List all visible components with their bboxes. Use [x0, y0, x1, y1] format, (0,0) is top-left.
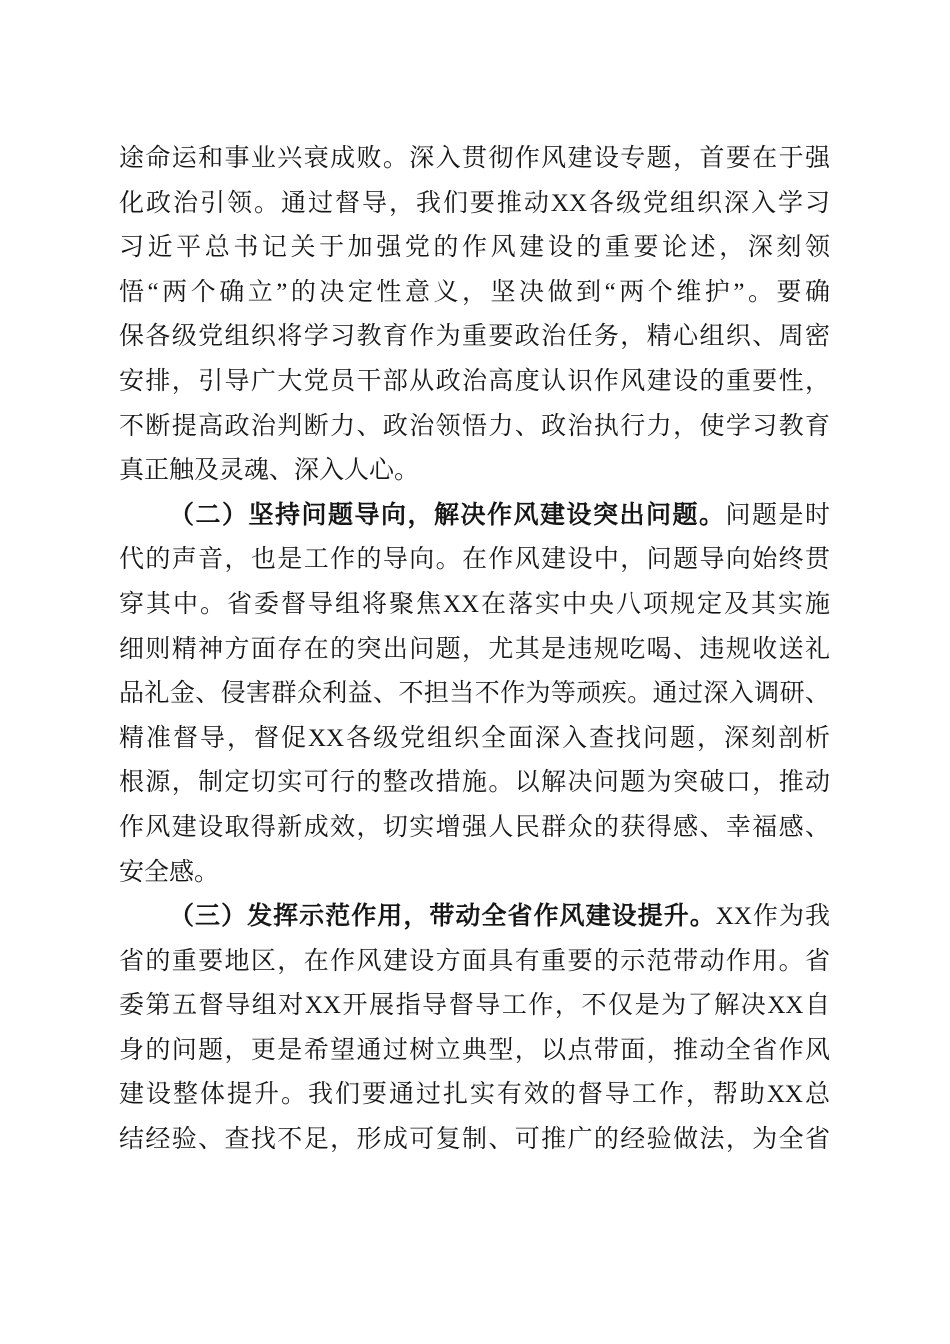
text-line: 化政治引领。通过督导，我们要推动XX各级党组织深入学习	[119, 182, 830, 227]
document-page: 途命运和事业兴衰成败。深入贯彻作风建设专题，首要在于强化政治引领。通过督导，我们…	[0, 0, 950, 1344]
body-text: 建设整体提升。我们要通过扎实有效的督导工作，帮助XX总	[119, 1081, 830, 1108]
body-text: 根源，制定切实可行的整改措施。以解决问题为突破口，推动	[119, 769, 830, 796]
text-line: 安排，引导广大党员干部从政治高度认识作风建设的重要性，	[119, 360, 830, 405]
body-text: 安排，引导广大党员干部从政治高度认识作风建设的重要性，	[119, 368, 830, 395]
body-text: 精准督导，督促XX各级党组织全面深入查找问题，深刻剖析	[119, 725, 830, 752]
text-line: 根源，制定切实可行的整改措施。以解决问题为突破口，推动	[119, 761, 830, 806]
text-line: 建设整体提升。我们要通过扎实有效的督导工作，帮助XX总	[119, 1073, 830, 1118]
body-text: XX作为我	[716, 903, 830, 930]
text-line: 作风建设取得新成效，切实增强人民群众的获得感、幸福感、	[119, 806, 830, 851]
text-line: 保各级党组织将学习教育作为重要政治任务，精心组织、周密	[119, 315, 830, 360]
body-text: 身的问题，更是希望通过树立典型，以点带面，推动全省作风	[119, 1037, 830, 1064]
body-text: 问题是时	[725, 502, 830, 529]
text-line: 细则精神方面存在的突出问题，尤其是违规吃喝、违规收送礼	[119, 628, 830, 673]
text-line: 委第五督导组对XX开展指导督导工作，不仅是为了解决XX自	[119, 984, 830, 1029]
text-line: 品礼金、侵害群众利益、不担当不作为等顽疾。通过深入调研、	[119, 672, 830, 717]
body-text: 真正触及灵魂、深入人心。	[119, 457, 419, 484]
section-heading: （三）发挥示范作用，带动全省作风建设提升。	[169, 903, 716, 930]
text-line: 身的问题，更是希望通过树立典型，以点带面，推动全省作风	[119, 1029, 830, 1074]
body-text: 悟“两个确立”的决定性意义，坚决做到“两个维护”。要确	[119, 279, 830, 306]
body-text: 细则精神方面存在的突出问题，尤其是违规吃喝、违规收送礼	[119, 636, 830, 663]
body-text: 安全感。	[119, 859, 219, 886]
text-line: 代的声音，也是工作的导向。在作风建设中，问题导向始终贯	[119, 538, 830, 583]
body-text: 委第五督导组对XX开展指导督导工作，不仅是为了解决XX自	[119, 992, 830, 1019]
section-heading: （二）坚持问题导向，解决作风建设突出问题。	[169, 502, 725, 529]
body-text: 穿其中。省委督导组将聚焦XX在落实中央八项规定及其实施	[119, 591, 830, 618]
text-line: 真正触及灵魂、深入人心。	[119, 449, 830, 494]
body-text: 途命运和事业兴衰成败。深入贯彻作风建设专题，首要在于强	[119, 145, 830, 172]
body-text: 结经验、查找不足，形成可复制、可推广的经验做法，为全省	[119, 1126, 830, 1153]
text-line: 结经验、查找不足，形成可复制、可推广的经验做法，为全省	[119, 1118, 830, 1163]
body-text: 作风建设取得新成效，切实增强人民群众的获得感、幸福感、	[119, 814, 830, 841]
body-text: 代的声音，也是工作的导向。在作风建设中，问题导向始终贯	[119, 546, 830, 573]
body-text: 化政治引领。通过督导，我们要推动XX各级党组织深入学习	[119, 190, 830, 217]
text-line: 不断提高政治判断力、政治领悟力、政治执行力，使学习教育	[119, 405, 830, 450]
section-heading-line: （二）坚持问题导向，解决作风建设突出问题。问题是时	[119, 494, 830, 539]
body-text: 品礼金、侵害群众利益、不担当不作为等顽疾。通过深入调研、	[119, 680, 830, 707]
text-line: 悟“两个确立”的决定性意义，坚决做到“两个维护”。要确	[119, 271, 830, 316]
body-text: 保各级党组织将学习教育作为重要政治任务，精心组织、周密	[119, 323, 830, 350]
text-line: 途命运和事业兴衰成败。深入贯彻作风建设专题，首要在于强	[119, 137, 830, 182]
text-line: 穿其中。省委督导组将聚焦XX在落实中央八项规定及其实施	[119, 583, 830, 628]
text-line: 习近平总书记关于加强党的作风建设的重要论述，深刻领	[119, 226, 830, 271]
body-text: 习近平总书记关于加强党的作风建设的重要论述，深刻领	[119, 234, 830, 261]
document-body: 途命运和事业兴衰成败。深入贯彻作风建设专题，首要在于强化政治引领。通过督导，我们…	[119, 137, 830, 1163]
text-line: 安全感。	[119, 851, 830, 896]
text-line: 省的重要地区，在作风建设方面具有重要的示范带动作用。省	[119, 940, 830, 985]
section-heading-line: （三）发挥示范作用，带动全省作风建设提升。XX作为我	[119, 895, 830, 940]
text-line: 精准督导，督促XX各级党组织全面深入查找问题，深刻剖析	[119, 717, 830, 762]
body-text: 省的重要地区，在作风建设方面具有重要的示范带动作用。省	[119, 948, 830, 975]
body-text: 不断提高政治判断力、政治领悟力、政治执行力，使学习教育	[119, 413, 830, 440]
